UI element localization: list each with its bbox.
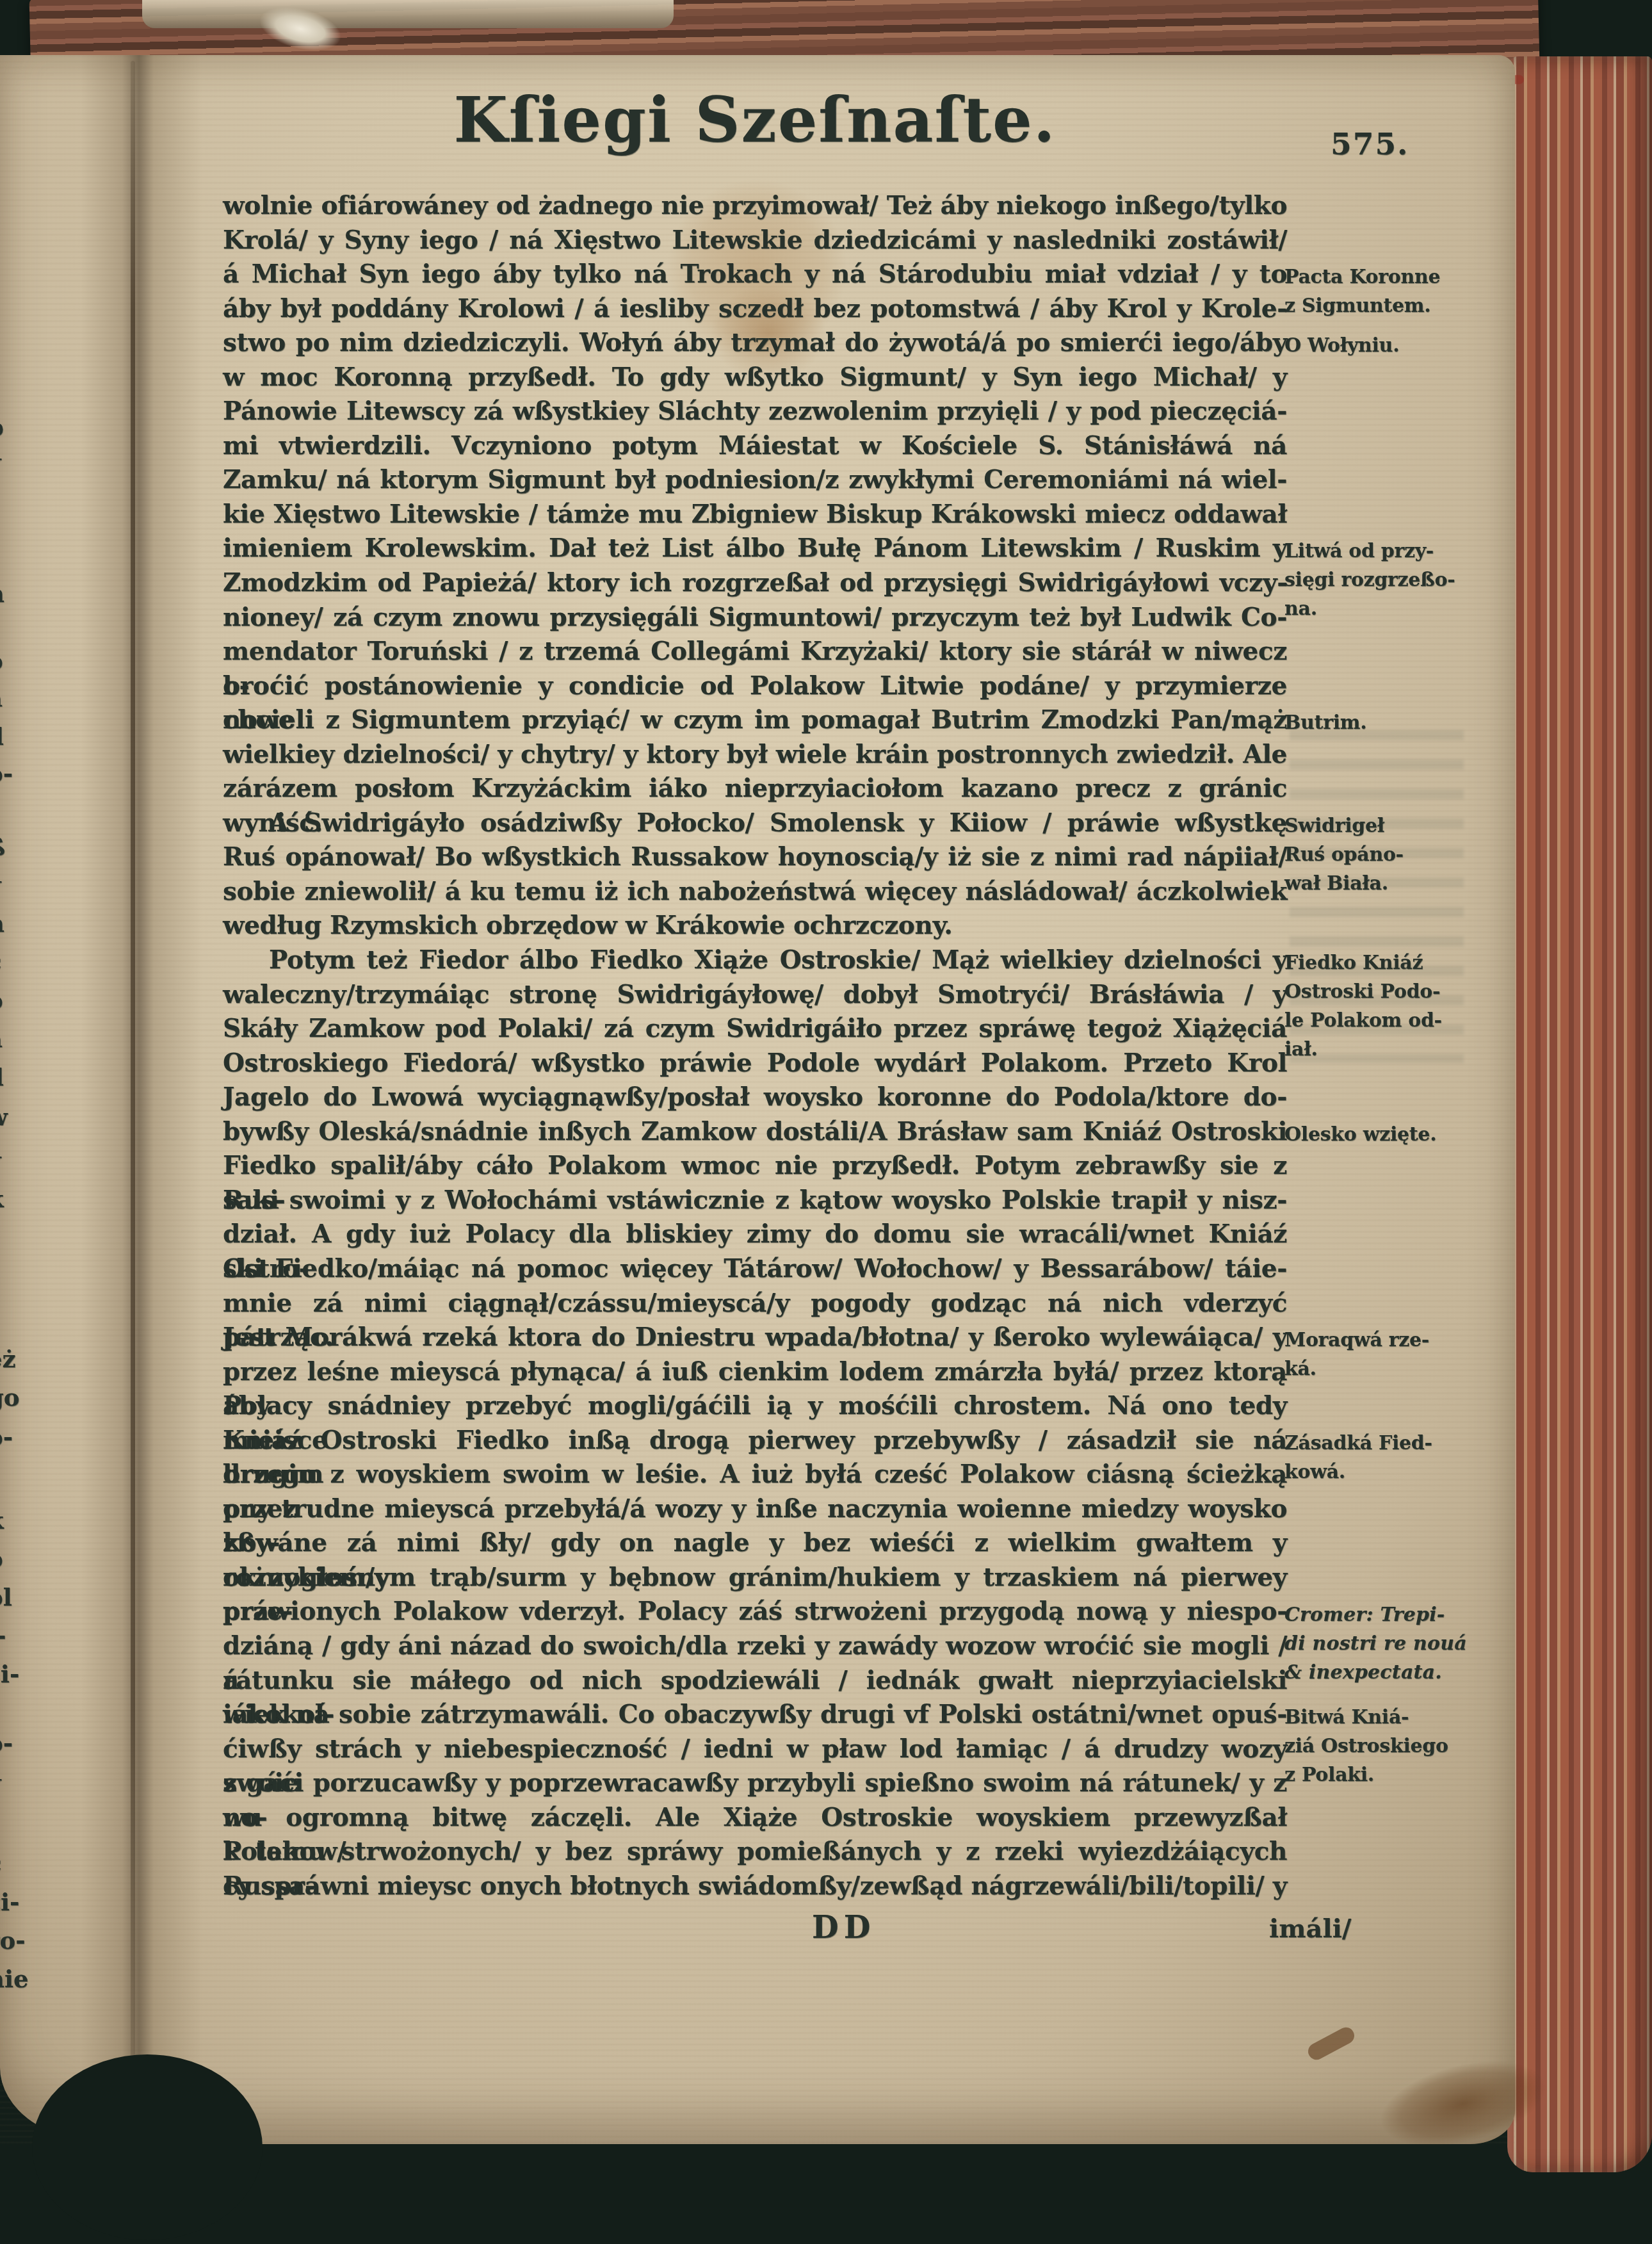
facing-page-fragment: o xyxy=(0,1545,3,1573)
body-line: wolnie ofiárowáney od żadnego nie przyim… xyxy=(223,189,1287,224)
body-line: mnie zá nimi ciągnął/czássu/mieyscá/y po… xyxy=(223,1287,1287,1321)
facing-page-fragment: o- xyxy=(0,1423,13,1451)
ink-showthrough xyxy=(1290,730,1464,1063)
facing-page-fragment: y xyxy=(0,448,1,476)
body-line: rátunku sie máłego od nich spodziewáli /… xyxy=(223,1664,1287,1698)
body-line: Kniáź Ostroski Fiedko inßą drogą pierwey… xyxy=(223,1424,1287,1458)
body-line: wu ogromną bitwę záczęli. Ale Xiąże Ostr… xyxy=(223,1801,1287,1835)
book-photo: pytnoádo-ßynćoádwykłeżgoo-kooli-śi-o-yćz… xyxy=(0,0,1652,2244)
facing-page-fragment: d xyxy=(0,1063,4,1091)
body-line: mi vtwierdzili. Vczyniono potym Máiestat… xyxy=(223,429,1287,464)
facing-page-fragment: zi- xyxy=(0,1888,19,1916)
body-line: kie Xięstwo Litewskie / támże mu Zbignie… xyxy=(223,498,1287,532)
facing-page-fragment: á xyxy=(0,684,3,712)
facing-page-fragment: d xyxy=(0,722,4,751)
facing-page-fragment: á xyxy=(0,1025,3,1053)
body-line: ony trudne mieyscá przebyłá/á wozy y inß… xyxy=(223,1492,1287,1527)
body-line: Potym też Fiedor álbo Fiedko Xiąże Ostro… xyxy=(223,943,1287,978)
body-line: w moc Koronną przyßedł. To gdy wßytko Si… xyxy=(223,361,1287,395)
body-line: dziáną / gdy áni názad do swoich/dla rze… xyxy=(223,1629,1287,1664)
body-line: z gáći porzucawßy y poprzewracawßy przyb… xyxy=(223,1766,1287,1801)
body-line: zárázem posłom Krzyżáckim iáko nieprzyia… xyxy=(223,772,1287,806)
body-line: kowáne zá nimi ßły/ gdy on nagle y bez w… xyxy=(223,1526,1287,1561)
body-line: nioney/ zá czym znowu przysięgáli Sigmun… xyxy=(223,601,1287,635)
facing-page-fragment: k xyxy=(0,1185,4,1213)
facing-page-fragment: o- xyxy=(0,760,13,788)
body-line: waleczny/trzymáiąc stronę Swidrigáyłowę/… xyxy=(223,978,1287,1012)
body-line: k temu strwożonych/ y bez spráwy pomießá… xyxy=(223,1835,1287,1869)
signature-mark: DD xyxy=(812,1910,875,1946)
body-line: rożnogłośnym trąb/surm y bębnow gránim/h… xyxy=(223,1561,1287,1595)
body-line: áby był poddány Krolowi / á iesliby scze… xyxy=(223,292,1287,327)
body-line: Jagelo do Lwowá wyciągnąwßy/posłał woysk… xyxy=(223,1080,1287,1115)
body-line: ski Fiedko/máiąc ná pomoc więcey Tátárow… xyxy=(223,1252,1287,1287)
body-line: Polacy snádniey przebyć mogli/gáćili ią … xyxy=(223,1389,1287,1424)
facing-page-fragments: pytnoádo-ßynćoádwykłeżgoo-kooli-śi-o-yćz… xyxy=(0,0,45,2244)
body-line: brzegu z woyskiem swoim w leśie. A iuż b… xyxy=(223,1458,1287,1492)
facing-page-fragment: i- xyxy=(0,1622,6,1650)
body-line: Pánowie Litewscy zá wßystkiey Sláchty ze… xyxy=(223,394,1287,429)
facing-page-fragment: go xyxy=(0,1383,20,1411)
body-line: mendator Toruński / z trzemá Collegámi K… xyxy=(223,635,1287,669)
catchword: imáli/ xyxy=(1269,1914,1351,1944)
facing-page-fragment: n xyxy=(0,909,4,938)
facing-page-fragment: y xyxy=(0,1769,1,1797)
body-line: Jest Morákwá rzeká ktora do Dniestru wpa… xyxy=(223,1321,1287,1355)
body-line: Ruś opánował/ Bo wßystkich Russakow hoyn… xyxy=(223,840,1287,875)
facing-page-fragment: eż xyxy=(0,1345,16,1373)
body-line: bywßy Oleská/snádnie inßych Zamkow dostá… xyxy=(223,1115,1287,1150)
facing-page-fragment: nie xyxy=(0,1965,29,1993)
body-line: Fiedko spalił/áby cáło Polakom wmoc nie … xyxy=(223,1149,1287,1183)
gutter-crease xyxy=(131,61,135,2120)
body-line: imieniem Krolewskim. Dał też List álbo B… xyxy=(223,532,1287,566)
body-line: chcieli z Sigmuntem przyiąć/ w czym im p… xyxy=(223,703,1287,738)
facing-page-fragment: ß xyxy=(0,833,5,861)
body-line: práwionych Polakow vderzył. Polacy záś s… xyxy=(223,1595,1287,1629)
body-line: dział. A gdy iuż Polacy dla bliskiey zim… xyxy=(223,1217,1287,1252)
facing-page-fragment: n xyxy=(0,580,4,608)
body-line: wiek ná sobie zátrzymawáli. Co obaczywßy… xyxy=(223,1698,1287,1732)
gutter-shadow xyxy=(81,55,202,2144)
facing-page-fragment: o xyxy=(0,986,3,1014)
body-line: á Michał Syn iego áby tylko ná Trokach y… xyxy=(223,257,1287,292)
body-line: Zmodzkim od Papieżá/ ktory ich rozgrzeßa… xyxy=(223,566,1287,601)
body-line: A Swidrigáyło osádziwßy Połocko/ Smolens… xyxy=(223,806,1287,841)
facing-page-fragment: śi- xyxy=(0,1660,19,1688)
body-line: według Rzymskich obrzędow w Krákowie och… xyxy=(223,909,1287,943)
facing-page-fragment: ro- xyxy=(0,1926,26,1955)
body-line: broćić postánowienie y condicie od Polak… xyxy=(223,669,1287,704)
body-line: przez leśne mieyscá płynąca/ á iuß cienk… xyxy=(223,1355,1287,1390)
facing-page-fragment: ć xyxy=(0,1850,2,1878)
headband xyxy=(142,0,674,28)
body-line: wielkiey dzielności/ y chytry/ y ktory b… xyxy=(223,738,1287,772)
facing-page-fragment: o xyxy=(0,647,3,675)
facing-page-fragment: ol xyxy=(0,1583,12,1611)
bottom-gutter-dip xyxy=(32,2054,263,2240)
body-line: stwo po nim dziedziczyli. Wołyń áby trzy… xyxy=(223,326,1287,361)
body-line: Ostroskiego Fiedorá/ wßystko práwie Podo… xyxy=(223,1046,1287,1081)
facing-page-fragment: y xyxy=(0,871,1,899)
facing-page-fragment: k xyxy=(0,1506,4,1534)
body-line: saki swoimi y z Wołochámi vstáwicznie z … xyxy=(223,1183,1287,1218)
facing-page-fragment: o- xyxy=(0,1729,13,1757)
body-text: wolnie ofiárowáney od żadnego nie przyim… xyxy=(223,189,1287,1903)
facing-page-fragment: ć xyxy=(0,948,2,976)
body-line: ćiwßy strách y niebespieczność / iedni w… xyxy=(223,1732,1287,1767)
fore-edge xyxy=(1507,56,1652,2172)
page-header-title: Kſiegi Szeſnaſte. xyxy=(403,83,1107,156)
page-number: 575. xyxy=(1331,127,1409,162)
facing-page-fragment: p xyxy=(0,413,4,441)
body-line: Zamku/ ná ktorym Sigmunt był podniesion/… xyxy=(223,463,1287,498)
body-line: Krolá/ y Syny iego / ná Xięstwo Litewski… xyxy=(223,224,1287,258)
body-line: cy spráwni mieysc onych błotnych swiádom… xyxy=(223,1869,1287,1904)
body-line: sobie zniewolił/ á ku temu iż ich naboże… xyxy=(223,875,1287,909)
body-line: Skáły Zamkow pod Polaki/ zá czym Swidrig… xyxy=(223,1012,1287,1046)
facing-page-fragment: w xyxy=(0,1103,8,1131)
facing-page-fragment: y xyxy=(0,1146,1,1175)
